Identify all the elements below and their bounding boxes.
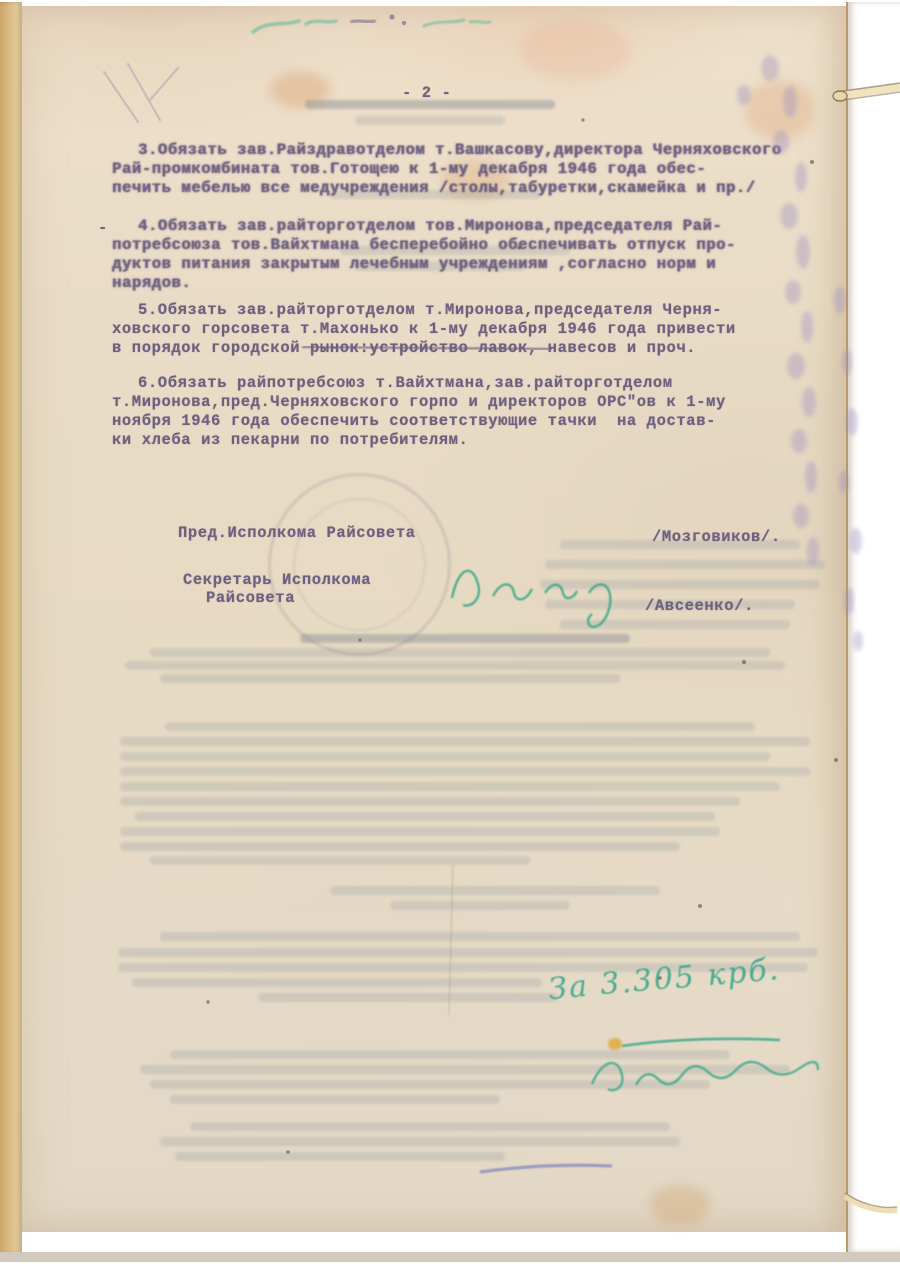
bleed-through-line xyxy=(120,752,770,761)
bleed-through-line xyxy=(170,1095,500,1104)
bleed-through-line xyxy=(118,948,818,957)
bleed-through-line xyxy=(120,842,680,851)
paragraph-item-4: 4.Обязать зав.райторготделом тов.Миронов… xyxy=(112,217,736,293)
bleed-through-line xyxy=(330,886,660,895)
typed-line: ноября 1946 года обеспечить соответствую… xyxy=(112,412,726,431)
bleed-through-line xyxy=(132,978,542,987)
stain xyxy=(745,80,815,140)
typed-line: 4.Обязать зав.райторготделом тов.Миронов… xyxy=(112,217,736,236)
bleed-through-line xyxy=(160,674,620,683)
binding-edge-left xyxy=(0,2,22,1254)
typed-line: печить мебелью все медучреждения /столы,… xyxy=(112,179,782,198)
bleed-through-line xyxy=(190,1122,670,1131)
bleed-through-line xyxy=(120,797,740,806)
bleed-through-line xyxy=(160,1137,680,1146)
binding-edge-right xyxy=(846,2,900,1252)
secretary-name: /Авсеенко/. xyxy=(645,597,754,616)
bleed-through-line xyxy=(540,580,820,589)
typed-line: ховского горсовета т.Махонько к 1-му дек… xyxy=(112,320,736,339)
bleed-through-line xyxy=(560,620,790,629)
chairman-name: /Мозговиков/. xyxy=(652,528,781,547)
bleed-through-line xyxy=(150,856,530,865)
bleed-through-line xyxy=(120,782,780,791)
paragraph-item-5: 5.Обязать зав.райторготделом т.Миронова,… xyxy=(112,301,736,358)
stain xyxy=(520,20,630,80)
bleed-through-line xyxy=(355,116,505,125)
typed-line: 3.Обязать зав.Райздравотделом т.Вашкасов… xyxy=(112,141,782,160)
bleed-through-line xyxy=(170,1050,730,1059)
bleed-through-line xyxy=(175,1152,505,1161)
chairman-title: Пред.Исполкома Райсовета xyxy=(178,524,416,543)
item-4-margin-dash: - xyxy=(98,219,108,238)
bleed-through-line xyxy=(120,767,810,776)
typed-line: ки хлеба из пекарни по потребителям. xyxy=(112,431,726,450)
secretary-title-line1: Секретарь Исполкома xyxy=(183,571,371,590)
bleed-through-line xyxy=(120,737,810,746)
typed-line: 5.Обязать зав.райторготделом т.Миронова,… xyxy=(112,301,736,320)
stain xyxy=(608,1038,622,1050)
typed-line: нарядов. xyxy=(112,274,736,293)
typed-line: дуктов питания закрытым лечебным учрежде… xyxy=(112,255,736,274)
bleed-through-line xyxy=(165,722,755,731)
typed-line: потребсоюза тов.Вайхтмана бесперебойно о… xyxy=(112,236,736,255)
document-scan: - 2 - 3.Обязать зав.Райздравотделом т.Ва… xyxy=(0,0,900,1273)
bleed-through-line xyxy=(160,932,800,941)
typed-line: Рай-промкомбината тов.Готощею к 1-му дек… xyxy=(112,160,782,179)
bleed-through-line xyxy=(120,827,720,836)
bleed-through-line xyxy=(390,901,570,910)
round-stamp xyxy=(268,473,451,656)
bleed-through-line xyxy=(140,1065,790,1074)
paragraph-item-3: 3.Обязать зав.Райздравотделом т.Вашкасов… xyxy=(112,141,782,198)
typed-line: 6.Обязать райпотребсоюз т.Вайхтмана,зав.… xyxy=(112,374,726,393)
bleed-through-line xyxy=(150,1080,710,1089)
stain xyxy=(650,1185,710,1225)
table-surface-strip xyxy=(0,1252,900,1262)
typed-line: в порядок городской рынок:устройство лав… xyxy=(112,339,736,358)
bleed-through-line xyxy=(135,812,715,821)
typed-line: т.Миронова,пред.Черняховского горпо и ди… xyxy=(112,393,726,412)
underlying-page-edge xyxy=(0,1232,900,1254)
page-number: - 2 - xyxy=(402,84,452,103)
secretary-title-line2: Райсовета xyxy=(206,589,295,608)
bleed-through-line xyxy=(258,993,558,1002)
paragraph-item-6: 6.Обязать райпотребсоюз т.Вайхтмана,зав.… xyxy=(112,374,726,450)
bleed-through-line xyxy=(545,560,825,569)
bleed-through-line xyxy=(125,661,785,670)
bleed-through-line xyxy=(150,648,770,657)
